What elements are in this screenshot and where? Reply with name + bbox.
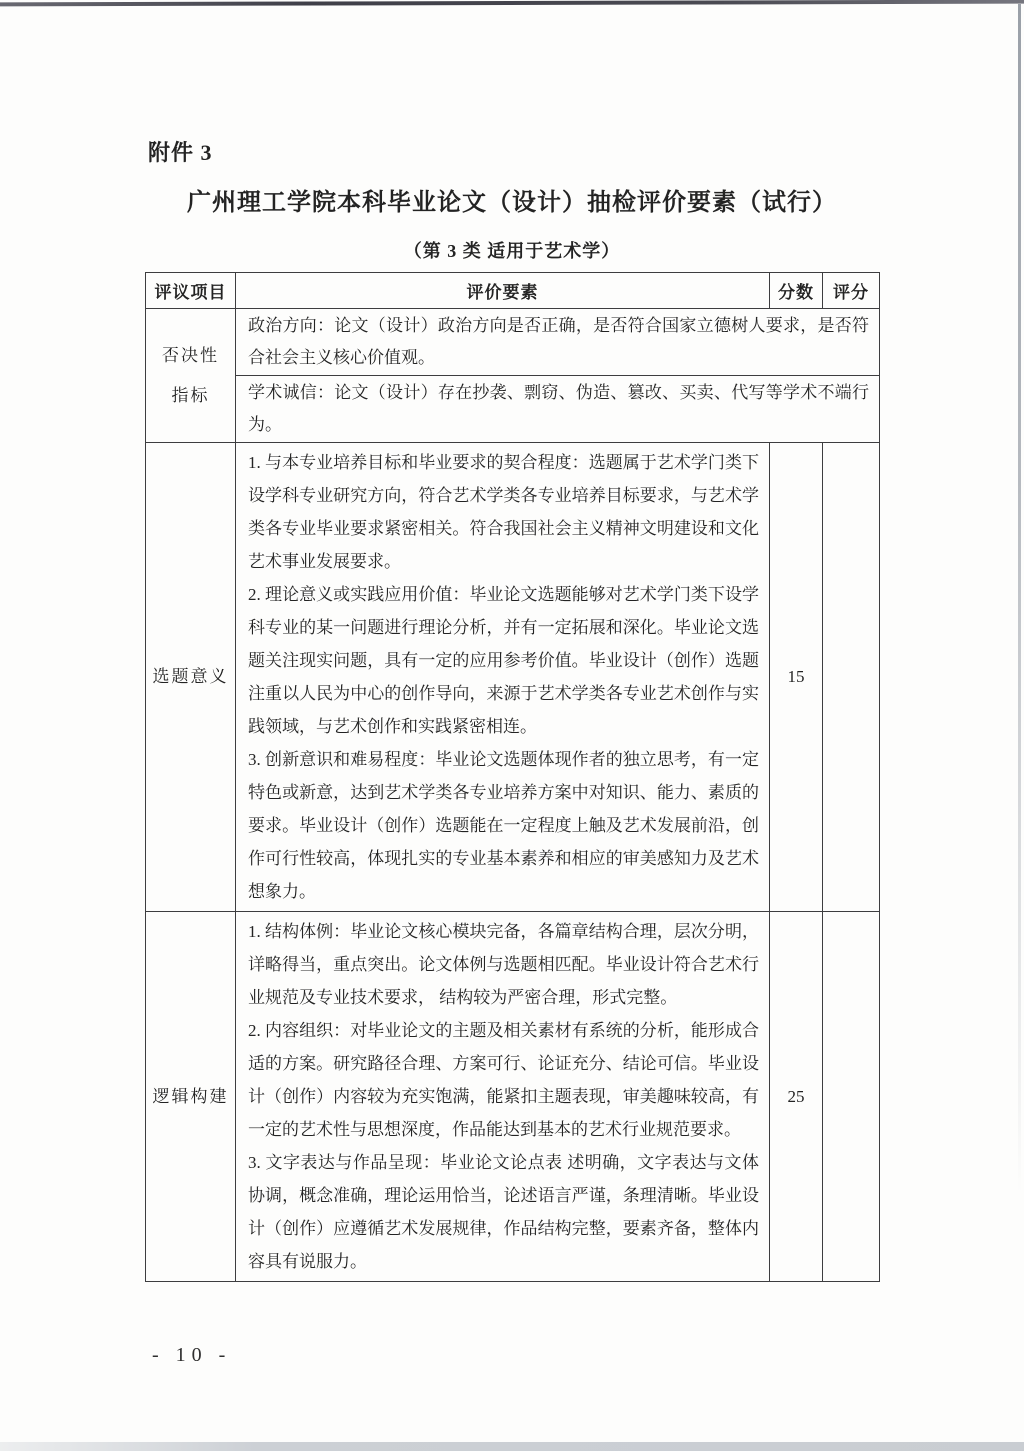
topic-significance-label-cell: 选题意义 — [146, 443, 236, 912]
attachment-label: 附件 3 — [148, 136, 213, 167]
evaluation-criteria-table: 评议项目 评价要素 分数 评分 否决性 指标 政治方向：论文（设计）政治方向是否… — [145, 272, 880, 1282]
document-title: 广州理工学院本科毕业论文（设计）抽检评价要素（试行） — [0, 182, 1024, 217]
header-review-item: 评议项目 — [146, 273, 236, 309]
document-subtitle: （第 3 类 适用于艺术学） — [0, 237, 1024, 263]
criterion-paragraph: 2. 理论意义或实践应用价值：毕业论文选题能够对艺术学门类下设学科专业的某一问题… — [248, 578, 759, 743]
veto-academic-integrity-cell: 学术诚信：论文（设计）存在抄袭、剽窃、伪造、篡改、买卖、代写等学术不端行为。 — [236, 376, 880, 443]
scanned-document-page: 附件 3 广州理工学院本科毕业论文（设计）抽检评价要素（试行） （第 3 类 适… — [0, 0, 1024, 1451]
table-row-veto-2: 学术诚信：论文（设计）存在抄袭、剽窃、伪造、篡改、买卖、代写等学术不端行为。 — [146, 376, 880, 443]
criterion-paragraph: 1. 与本专业培养目标和毕业要求的契合程度：选题属于艺术学门类下设学科专业研究方… — [248, 446, 759, 578]
veto-label-line1: 否决性 — [146, 336, 235, 376]
criterion-paragraph: 2. 内容组织：对毕业论文的主题及相关素材有系统的分析，能形成合适的方案。研究路… — [248, 1014, 759, 1146]
logical-construction-label-cell: 逻辑构建 — [146, 912, 236, 1282]
criterion-paragraph: 1. 结构体例：毕业论文核心模块完备，各篇章结构合理，层次分明，详略得当，重点突… — [248, 915, 759, 1014]
topic-significance-score-cell: 15 — [770, 443, 823, 912]
veto-indicator-label-cell: 否决性 指标 — [146, 309, 236, 443]
logical-construction-rating-cell — [823, 912, 880, 1282]
table-row-logical-construction: 逻辑构建 1. 结构体例：毕业论文核心模块完备，各篇章结构合理，层次分明，详略得… — [146, 912, 880, 1282]
scan-top-edge-artifact — [0, 0, 1024, 6]
page-number: - 10 - — [152, 1344, 231, 1367]
topic-significance-rating-cell — [823, 443, 880, 912]
header-score: 分数 — [770, 273, 823, 309]
header-rating: 评分 — [823, 273, 880, 309]
header-evaluation-elements: 评价要素 — [236, 273, 770, 309]
topic-significance-criteria-cell: 1. 与本专业培养目标和毕业要求的契合程度：选题属于艺术学门类下设学科专业研究方… — [236, 443, 770, 912]
logical-construction-score-cell: 25 — [770, 912, 823, 1282]
logical-construction-criteria-cell: 1. 结构体例：毕业论文核心模块完备，各篇章结构合理，层次分明，详略得当，重点突… — [236, 912, 770, 1282]
criterion-paragraph: 3. 创新意识和难易程度：毕业论文选题体现作者的独立思考，有一定特色或新意，达到… — [248, 743, 759, 908]
table-header-row: 评议项目 评价要素 分数 评分 — [146, 273, 880, 309]
table-row-veto-1: 否决性 指标 政治方向：论文（设计）政治方向是否正确，是否符合国家立德树人要求，… — [146, 309, 880, 376]
scan-bottom-edge-artifact — [0, 1442, 1024, 1451]
criterion-paragraph: 3. 文字表达与作品呈现：毕业论文论点表 述明确，文字表达与文体协调，概念准确，… — [248, 1146, 759, 1278]
veto-label-line2: 指标 — [146, 376, 235, 416]
veto-political-direction-cell: 政治方向：论文（设计）政治方向是否正确，是否符合国家立德树人要求，是否符合社会主… — [236, 309, 880, 376]
table-row-topic-significance: 选题意义 1. 与本专业培养目标和毕业要求的契合程度：选题属于艺术学门类下设学科… — [146, 443, 880, 912]
